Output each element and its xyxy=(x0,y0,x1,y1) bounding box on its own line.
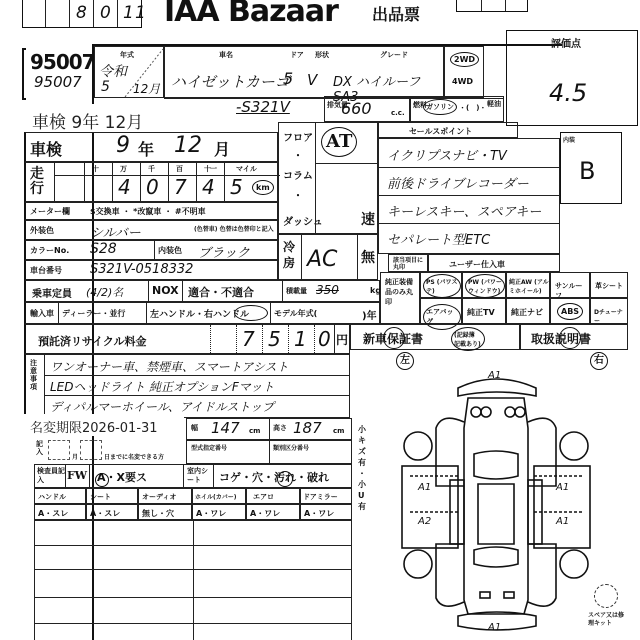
lot-number-handwritten: 95007 xyxy=(34,73,82,91)
inspector-value: A・ワレ xyxy=(250,508,280,519)
recycle-digit: 0 xyxy=(318,327,331,351)
equipment-ps: PS (パワステ) xyxy=(423,274,461,298)
inspector-value: A・スレ xyxy=(90,508,120,519)
recycle-row: 預託済リサイクル料金 7 5 1 0 円 xyxy=(24,324,350,354)
sales-point: キーレスキー、スペアキー xyxy=(387,201,541,220)
brand-logo: IAA Bazaar xyxy=(164,0,338,29)
spare-tire-icon xyxy=(594,584,618,608)
mileage-unit-km: km xyxy=(252,180,274,195)
drive-4wd: 4WD xyxy=(452,77,473,86)
user-purchase-cell: ユーザー仕入車 xyxy=(428,254,560,272)
chassis-row: 車台番号 S321V-0518332 xyxy=(24,260,278,280)
damage-left-rear-door: A2 xyxy=(418,516,431,527)
fuel-cell: 燃料 ガソリン ・( )・ 軽油 xyxy=(410,96,504,122)
warranty-cell: 新車保証書 (記録簿 記載あり) xyxy=(350,324,520,350)
name-change-date: 記入 月 日までに名変できる方 xyxy=(34,438,186,462)
interior-grade-value: B xyxy=(579,157,595,185)
score-value: 4.5 xyxy=(549,79,587,107)
equipment-aw: 純正AW (アルミホイール) xyxy=(509,277,549,295)
capacity-row: 乗車定員 (4/2)名 NOX 適合・不適合 積載量 350 kg xyxy=(24,280,380,302)
mileage-row: 走行 十 万 千 百 十 一 マイル 4 0 7 4 5 km xyxy=(24,162,278,202)
recycle-digit: 7 xyxy=(242,327,255,351)
meter-row: メーター欄 $交換車 ・ *改竄車 ・ #不明車 xyxy=(24,202,278,220)
damage-right-front-door: A1 xyxy=(556,482,569,493)
side-note: 小キズ有 ・ 小U有 xyxy=(358,424,368,512)
mileage-digit: 0 xyxy=(146,175,159,199)
vehicle-doors: 5 xyxy=(283,69,293,88)
damage-right-rear-door: A1 xyxy=(556,516,569,527)
corner-digit-box xyxy=(456,0,528,12)
brand-suffix: 出品票 xyxy=(372,2,420,25)
year-cell: 年式 令和 5 12月 xyxy=(94,46,164,98)
equipment-leather: 革シート xyxy=(595,281,623,291)
sales-point: セパレート型ETC xyxy=(387,229,490,248)
displacement-value: 660 xyxy=(341,99,372,118)
lot-digit: 1 xyxy=(123,3,134,23)
exterior-color-row: 外装色 シルバー (色替車) 色替は色替印と記入 xyxy=(24,220,278,240)
import-row: 輸入車 ディーラー・並行 左ハンドル・右ハンドル モデル年式( )年 xyxy=(24,302,380,324)
inspector-row: 検査員記入 FW A・X要ス 室内シート コゲ・穴・汚れ・破れ xyxy=(34,464,352,488)
exterior-color-value: シルバー xyxy=(90,222,141,241)
remarks-box: 注意事項 ワンオーナー車、禁煙車、スマートアシスト LEDヘッドライト 純正オプ… xyxy=(24,354,350,418)
warranty-note: (記録簿 記載あり) xyxy=(451,327,485,351)
load-value: 350 xyxy=(316,283,339,297)
shaken-year: 9 xyxy=(116,133,130,158)
sales-points-header: セールスポイント xyxy=(378,122,518,138)
vehicle-shape: V xyxy=(307,71,317,89)
score-box: 評価点 4.5 xyxy=(506,30,638,126)
height-value: 187 xyxy=(293,419,322,437)
cert-row: 型式指定番号 類別区分番号 xyxy=(186,440,352,464)
mileage-digit: 7 xyxy=(174,175,187,199)
car-outline-icon xyxy=(396,368,596,636)
equipment-stamp-cell: 該当項目に丸印 xyxy=(388,254,428,272)
width-value: 147 xyxy=(211,419,240,437)
mileage-digit: 4 xyxy=(118,175,131,199)
color-no-row: カラーNo. S28 内装色 ブラック xyxy=(24,240,278,260)
seat-options: コゲ・穴・汚れ・破れ xyxy=(219,469,329,485)
mileage-digit: 5 xyxy=(230,175,243,199)
inspector-value: 無し・穴 xyxy=(142,508,174,519)
remark-line: LEDヘッドライト 純正オプションFマット xyxy=(50,378,274,395)
transmission-cell: フロア ・ コラム ・ ダッシュ AT 速 xyxy=(278,122,378,234)
equipment-pw: PW (パワーウィンドウ) xyxy=(465,274,505,298)
inspector-value: A・ワレ xyxy=(304,508,334,519)
lot-digit: 8 xyxy=(76,3,87,23)
damage-rear: A1 xyxy=(488,622,501,633)
transmission-at: AT xyxy=(321,127,357,157)
equipment-genuine-cell: 純正装備品のみ丸印 xyxy=(380,272,420,324)
name-change-overlay: 名変期限2026-01-31 xyxy=(24,414,184,436)
shaken-label: 車検 xyxy=(30,137,62,160)
lot-number-printed: 95007 xyxy=(30,50,95,74)
score-label: 評価点 xyxy=(551,35,581,50)
mileage-label: 走行 xyxy=(30,167,44,197)
ac-value: AC xyxy=(307,247,337,272)
lot-bracket xyxy=(22,48,26,100)
sales-point: イクリプスナビ・TV xyxy=(387,145,507,164)
sales-point: 前後ドライブレコーダー xyxy=(387,173,529,192)
equipment-navi: 純正ナビ xyxy=(511,307,543,318)
notes-grid xyxy=(34,520,352,640)
shaken-row: 車検 9 年 12 月 xyxy=(24,132,278,162)
vehicle-name-cell: 車名 ドア 形状 グレード ハイゼットカーゴ 5 V DX ハイルーフ SA3 xyxy=(164,46,444,98)
remark-line: ワンオーナー車、禁煙車、スマートアシスト xyxy=(50,358,289,375)
fuel-selected: ガソリン xyxy=(423,99,457,115)
recycle-digit: 1 xyxy=(294,327,307,351)
lot-digit-box: 8 0 1 1 xyxy=(22,0,142,28)
sales-points-box: イクリプスナビ・TV 前後ドライブレコーダー キーレスキー、スペアキー セパレー… xyxy=(378,138,560,254)
capacity-value: (4/2)名 xyxy=(86,284,123,300)
interior-color-value: ブラック xyxy=(198,242,250,261)
drive-2wd: 2WD xyxy=(450,52,479,67)
equipment-abs: ABS xyxy=(557,303,583,320)
manual-cell: 取扱説明書 xyxy=(520,324,628,350)
damage-front: A1 xyxy=(488,370,501,381)
interior-grade-box: 内装 B xyxy=(560,132,622,204)
remark-line: ディパルマーホイール、アイドルストップ xyxy=(50,398,274,415)
recycle-digit: 5 xyxy=(268,327,281,351)
mileage-digit: 4 xyxy=(202,175,215,199)
spare-kit: スペア又は修理キット xyxy=(588,584,628,634)
equipment-dtuner: Dチューナー xyxy=(594,307,627,325)
inspection-overlay: 車検 9年 12月 xyxy=(24,104,208,132)
lot-digit: 1 xyxy=(135,3,146,23)
chassis-value: S321V-0518332 xyxy=(90,262,193,277)
dimensions-row: 幅 147 cm 高さ 187 cm xyxy=(186,418,352,440)
drive-cell: 2WD 4WD xyxy=(444,46,484,98)
inspector-value: A・ワレ xyxy=(196,508,226,519)
equipment-tv: 純正TV xyxy=(467,307,495,318)
ac-cell: 冷房 AC 無 xyxy=(278,234,378,280)
car-damage-diagram: A1 A1 A1 A2 A1 A1 xyxy=(396,368,596,636)
vehicle-name: ハイゼットカーゴ xyxy=(171,71,290,92)
damage-left-front-door: A1 xyxy=(418,482,431,493)
model-code: -S321V xyxy=(236,98,290,116)
shaken-month: 12 xyxy=(174,133,202,158)
lot-digit: 0 xyxy=(100,3,111,23)
color-no-value: S28 xyxy=(90,241,117,257)
inspector-value: A・スレ xyxy=(38,508,68,519)
displacement-cell: 排気量 660 c.c. xyxy=(324,96,410,122)
